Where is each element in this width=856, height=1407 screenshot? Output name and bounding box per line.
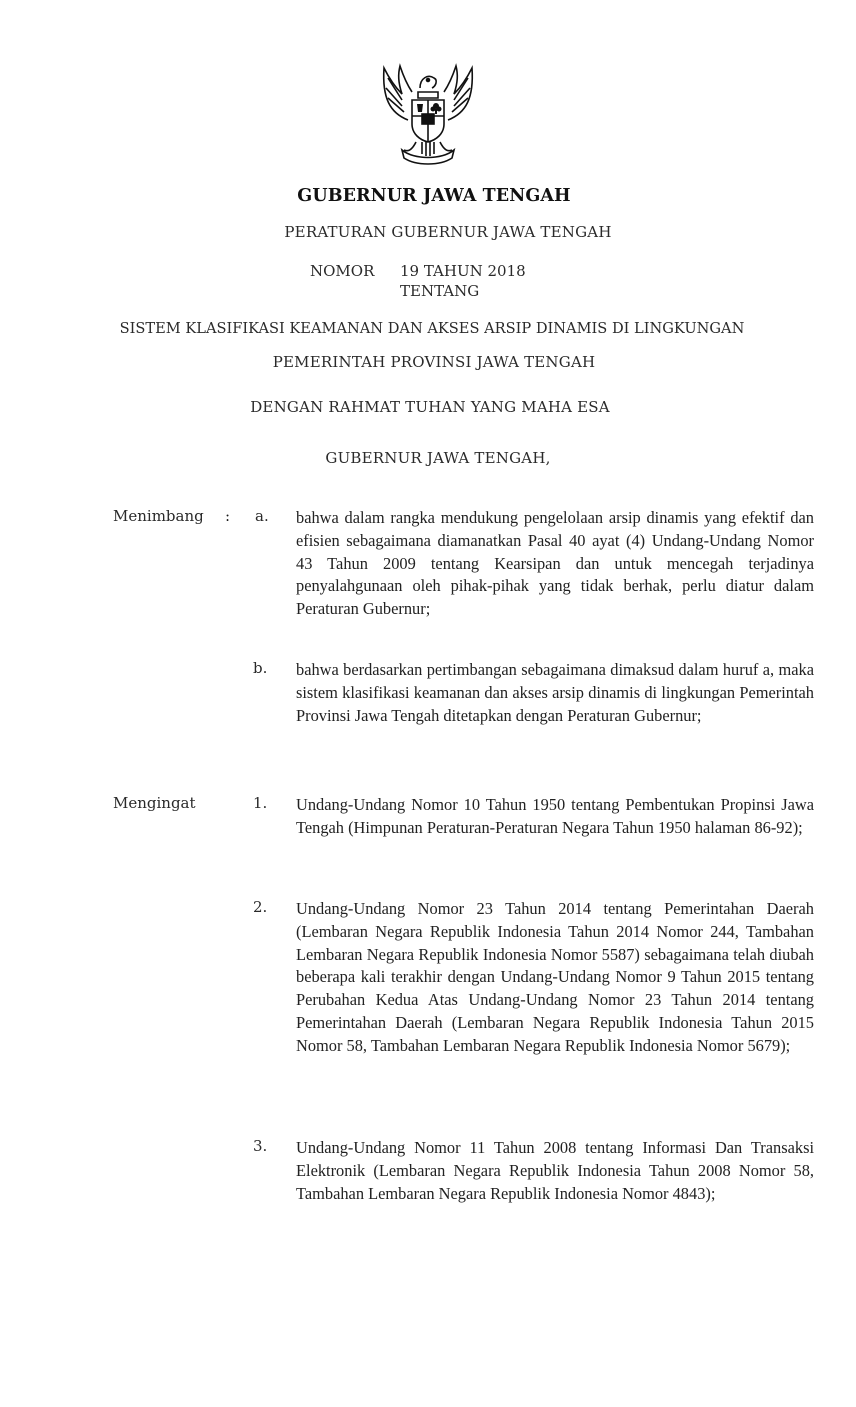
item-marker: 3.	[253, 1137, 267, 1155]
item-text: bahwa berdasarkan pertimbangan sebagaima…	[296, 659, 814, 727]
item-marker: 2.	[253, 898, 267, 916]
item-text: Undang-Undang Nomor 10 Tahun 1950 tentan…	[296, 794, 814, 840]
item-text: Undang-Undang Nomor 23 Tahun 2014 tentan…	[296, 898, 814, 1058]
nomor-value: 19 TAHUN 2018	[400, 262, 526, 280]
regulation-type: PERATURAN GUBERNUR JAWA TENGAH	[20, 223, 856, 241]
nomor-label: NOMOR	[310, 262, 400, 280]
tentang-label: TENTANG	[400, 282, 479, 300]
document-page: GUBERNUR JAWA TENGAH PERATURAN GUBERNUR …	[0, 0, 856, 1407]
item-text: Undang-Undang Nomor 11 Tahun 2008 tentan…	[296, 1137, 814, 1205]
authority-line: GUBERNUR JAWA TENGAH,	[10, 449, 856, 467]
regulation-number: NOMOR19 TAHUN 2018	[310, 262, 526, 280]
item-text: bahwa dalam rangka mendukung pengelolaan…	[296, 507, 814, 621]
garuda-emblem-icon	[372, 58, 484, 170]
item-marker: b.	[253, 659, 267, 677]
subject-line-1: SISTEM KLASIFIKASI KEAMANAN DAN AKSES AR…	[4, 320, 856, 337]
blessing-line: DENGAN RAHMAT TUHAN YANG MAHA ESA	[2, 398, 856, 416]
section-label: Menimbang	[113, 507, 204, 525]
issuer-title: GUBERNUR JAWA TENGAH	[6, 186, 856, 206]
item-marker: a.	[255, 507, 269, 525]
section-colon: :	[225, 507, 230, 525]
subject-line-2: PEMERINTAH PROVINSI JAWA TENGAH	[6, 353, 856, 371]
item-marker: 1.	[253, 794, 267, 812]
section-label: Mengingat	[113, 794, 196, 812]
